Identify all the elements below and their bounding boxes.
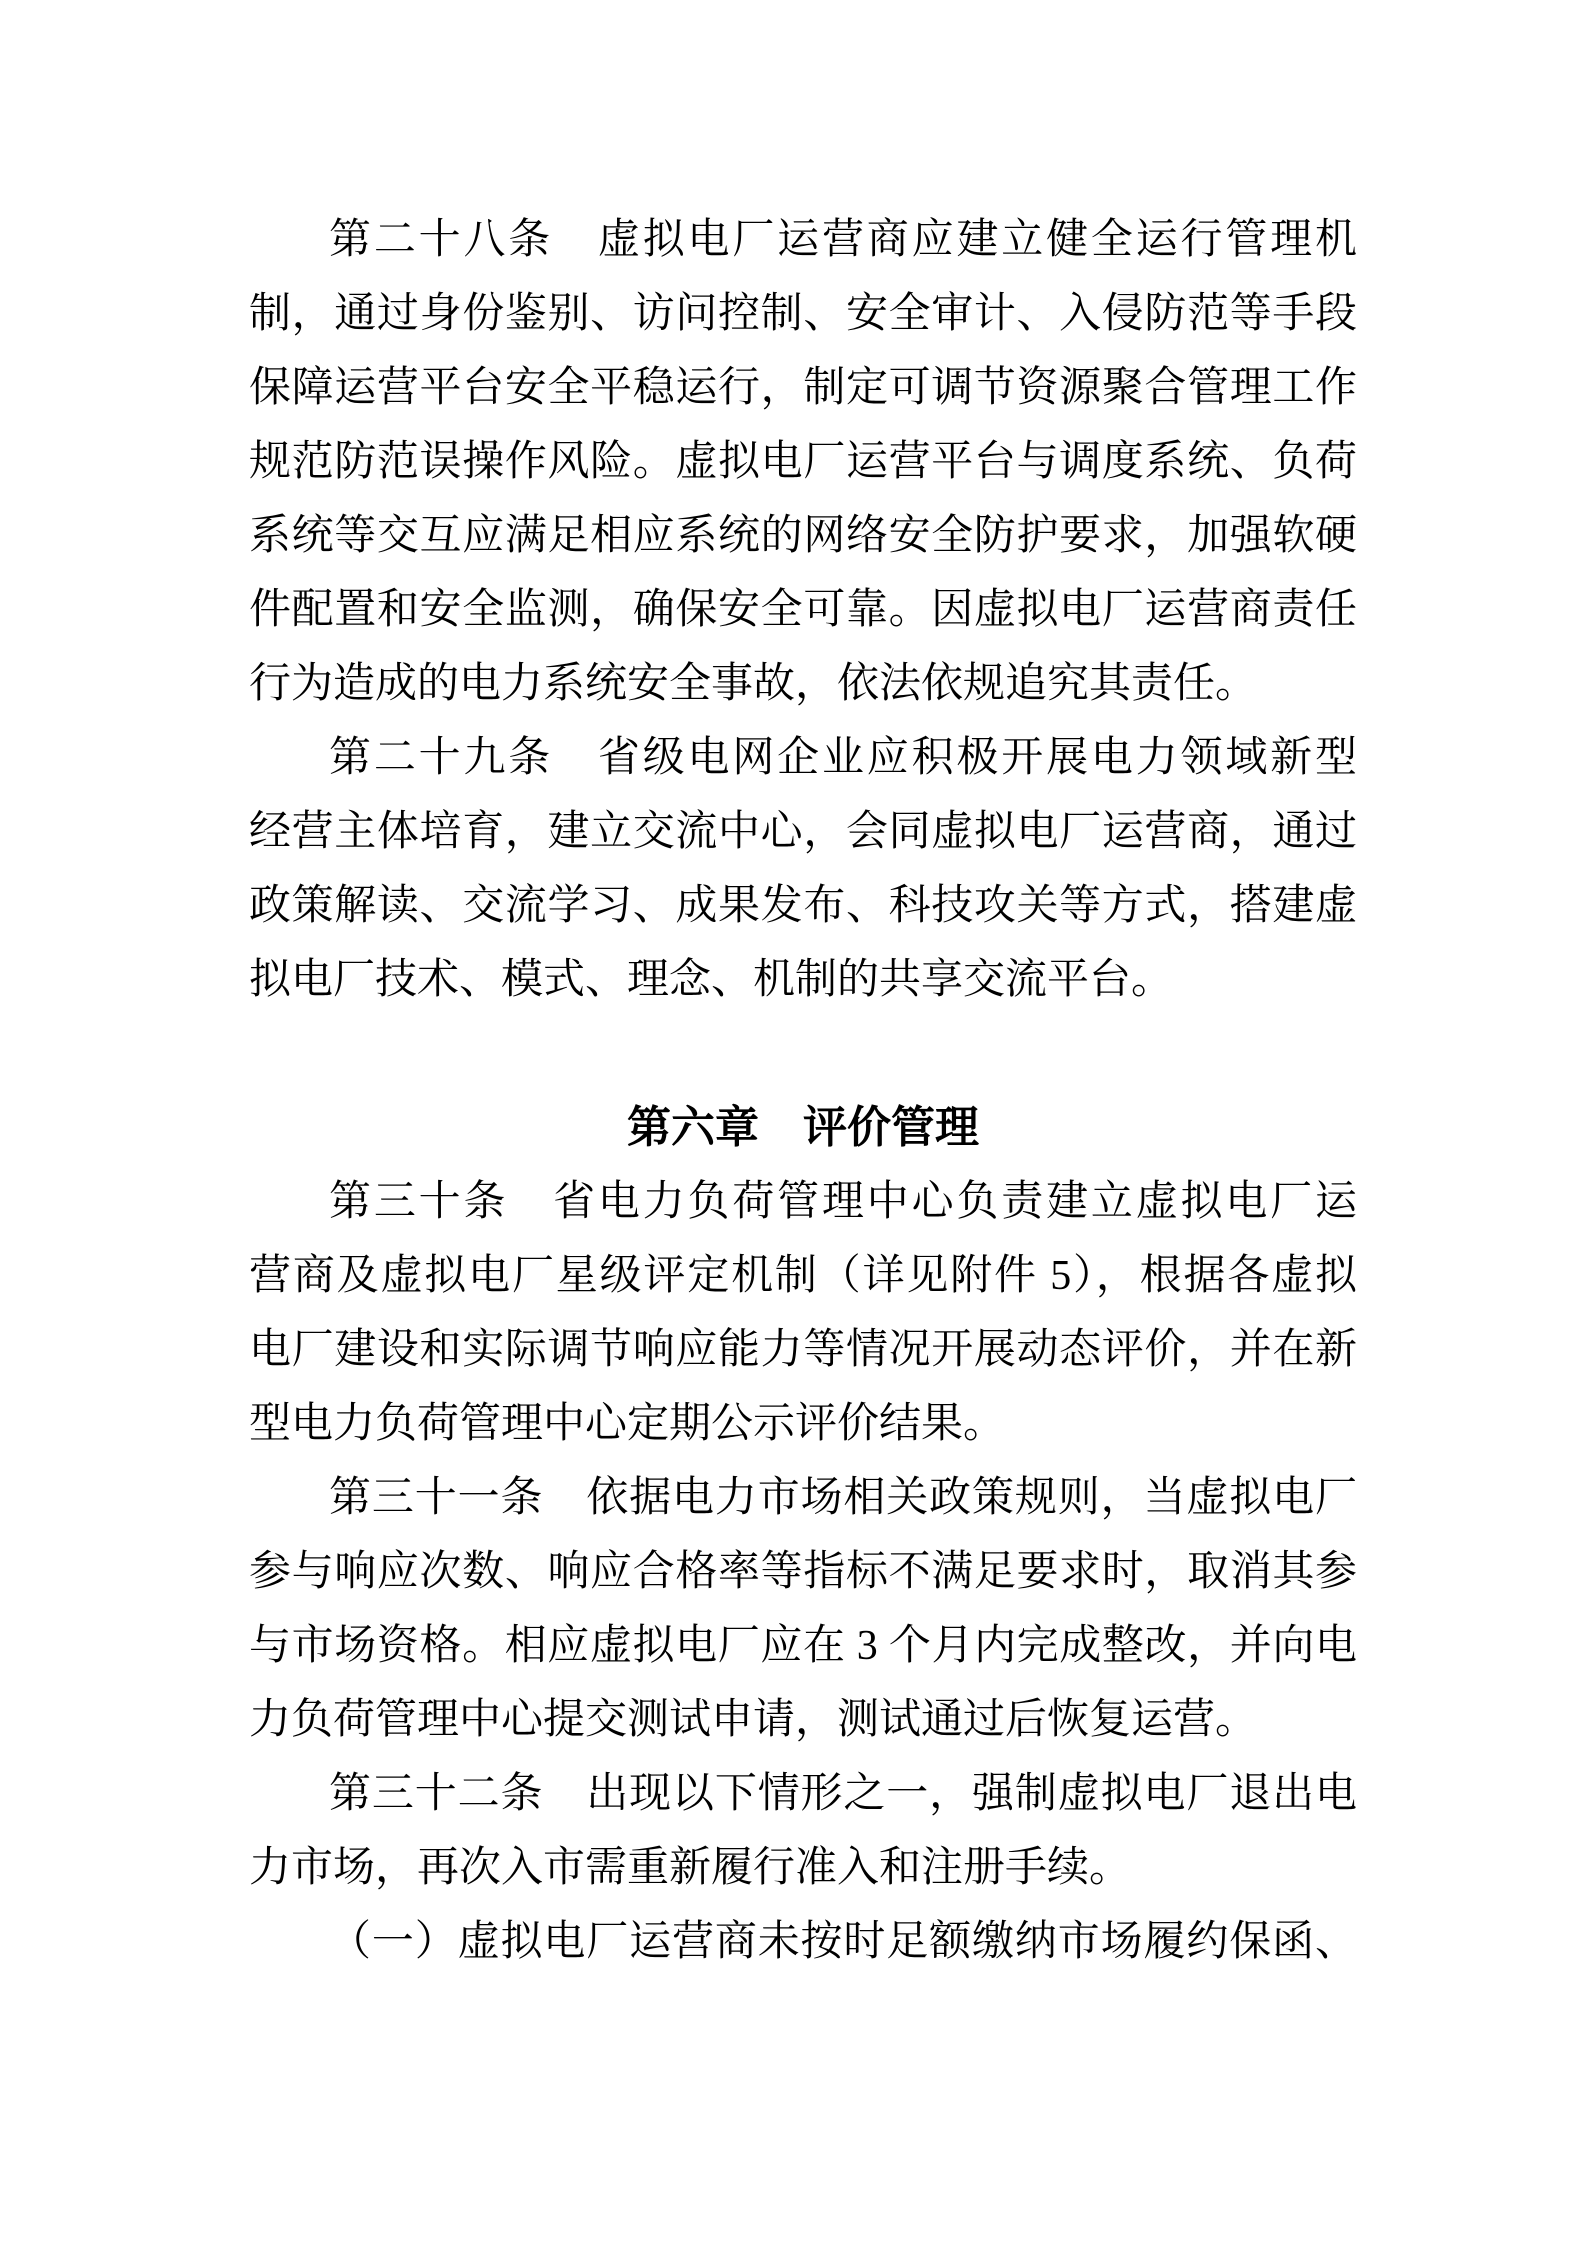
paragraph-line: 系统等交互应满足相应系统的网络安全防护要求，加强软硬 xyxy=(249,499,1357,573)
paragraph-line: 件配置和安全监测，确保安全可靠。因虚拟电厂运营商责任 xyxy=(249,573,1357,647)
paragraph-line: 规范防范误操作风险。虚拟电厂运营平台与调度系统、负荷 xyxy=(249,425,1357,499)
paragraph-line: 力市场，再次入市需重新履行准入和注册手续。 xyxy=(249,1831,1357,1905)
paragraph-line: 参与响应次数、响应合格率等指标不满足要求时，取消其参 xyxy=(249,1535,1357,1609)
paragraph-line: 第三十一条 依据电力市场相关政策规则，当虚拟电厂 xyxy=(249,1461,1357,1535)
paragraph-line: 保障运营平台安全平稳运行，制定可调节资源聚合管理工作 xyxy=(249,351,1357,425)
paragraph-line: 行为造成的电力系统安全事故，依法依规追究其责任。 xyxy=(249,647,1357,721)
paragraph-line: 拟电厂技术、模式、理念、机制的共享交流平台。 xyxy=(249,943,1357,1017)
paragraph-line: 电厂建设和实际调节响应能力等情况开展动态评价，并在新 xyxy=(249,1313,1357,1387)
paragraph-line: 力负荷管理中心提交测试申请，测试通过后恢复运营。 xyxy=(249,1683,1357,1757)
paragraph-line: 第二十九条 省级电网企业应积极开展电力领域新型 xyxy=(249,721,1357,795)
paragraph-line: 制，通过身份鉴别、访问控制、安全审计、入侵防范等手段 xyxy=(249,277,1357,351)
paragraph-line: 第三十条 省电力负荷管理中心负责建立虚拟电厂运 xyxy=(249,1165,1357,1239)
paragraph-line: 经营主体培育，建立交流中心，会同虚拟电厂运营商，通过 xyxy=(249,795,1357,869)
paragraph-line: 营商及虚拟电厂星级评定机制（详见附件 5），根据各虚拟 xyxy=(249,1239,1357,1313)
paragraph-line: 第三十二条 出现以下情形之一，强制虚拟电厂退出电 xyxy=(249,1757,1357,1831)
paragraph-line: 政策解读、交流学习、成果发布、科技攻关等方式，搭建虚 xyxy=(249,869,1357,943)
paragraph-line: 与市场资格。相应虚拟电厂应在 3 个月内完成整改，并向电 xyxy=(249,1609,1357,1683)
document-page: 第二十八条 虚拟电厂运营商应建立健全运行管理机 制，通过身份鉴别、访问控制、安全… xyxy=(0,0,1587,2245)
paragraph-line: （一）虚拟电厂运营商未按时足额缴纳市场履约保函、 xyxy=(249,1905,1357,1979)
paragraph-line: 第二十八条 虚拟电厂运营商应建立健全运行管理机 xyxy=(249,203,1357,277)
paragraph-line: 型电力负荷管理中心定期公示评价结果。 xyxy=(249,1387,1357,1461)
chapter-heading: 第六章 评价管理 xyxy=(249,1091,1357,1165)
